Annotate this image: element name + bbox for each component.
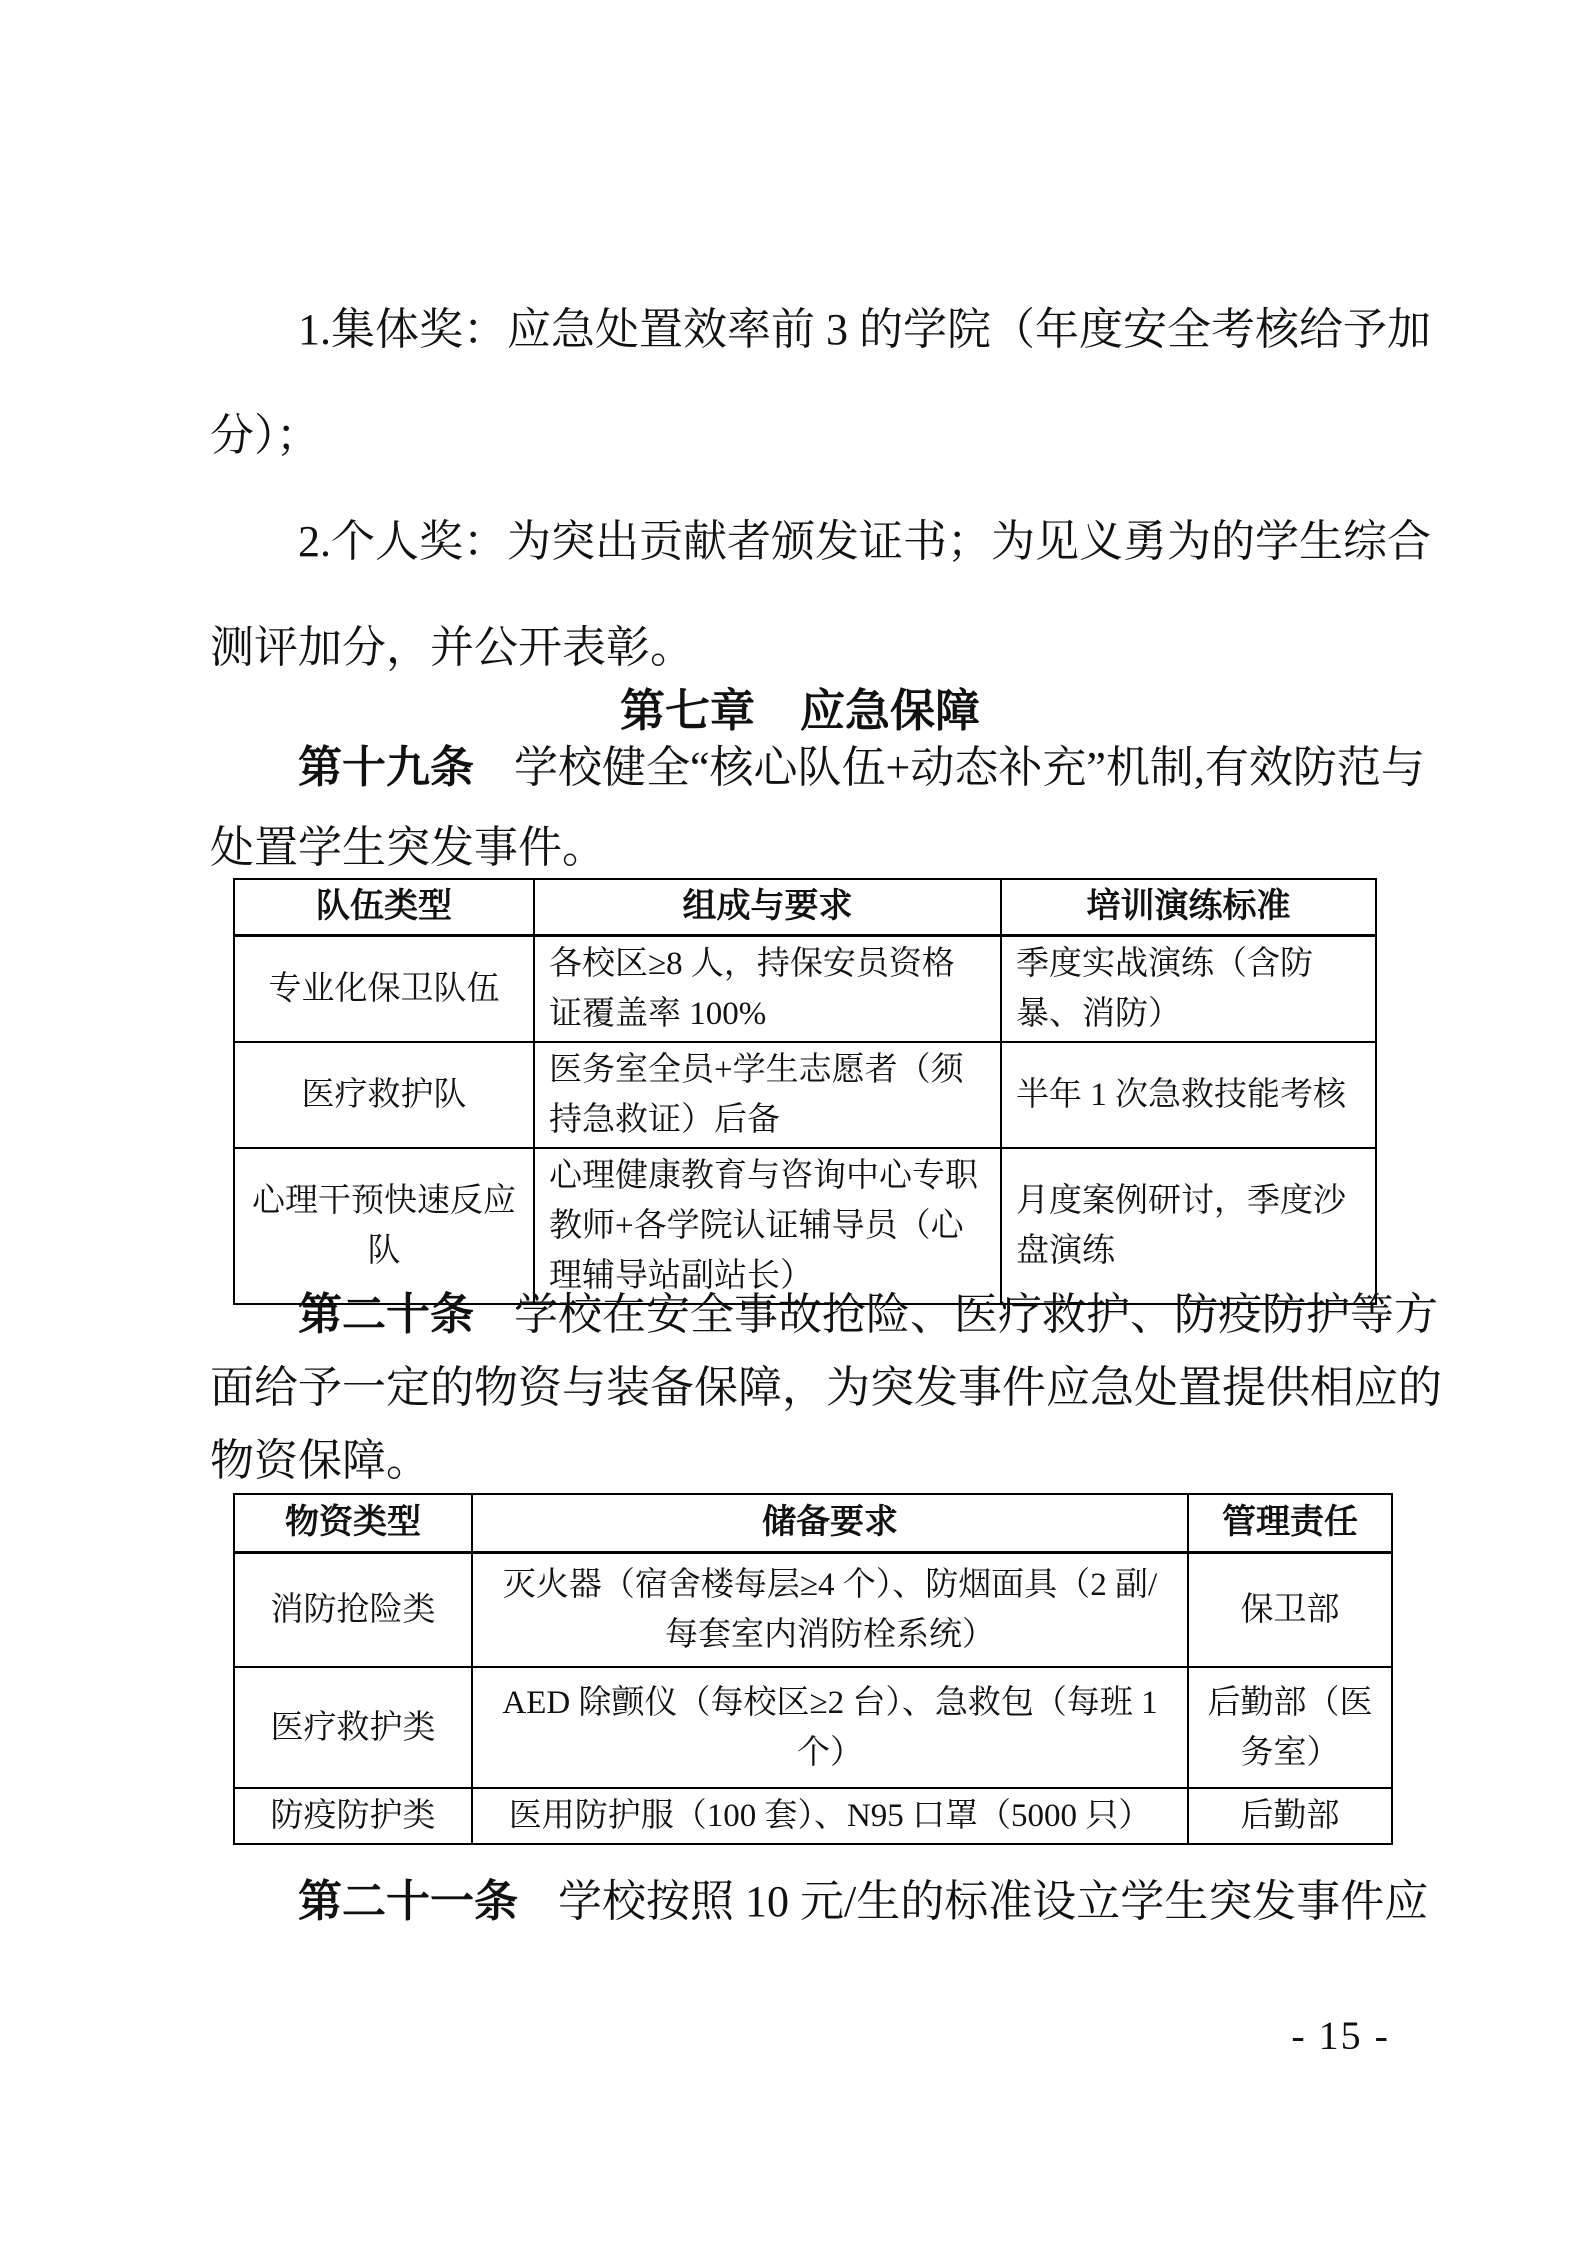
- supply-row-1-requirement: 灭火器（宿舍楼每层≥4 个）、防烟面具（2 副/每套室内消防栓系统）: [472, 1552, 1188, 1667]
- article-19-line-2: 处置学生突发事件。: [210, 808, 1450, 888]
- supply-table-header-type: 物资类型: [234, 1494, 472, 1552]
- table-row: 专业化保卫队伍 各校区≥8 人，持保安员资格证覆盖率 100% 季度实战演练（含…: [234, 936, 1376, 1043]
- article-21-paragraph: 第二十一条学校按照 10 元/生的标准设立学生突发事件应: [210, 1862, 1450, 1942]
- article-20-label: 第二十条: [298, 1290, 474, 1339]
- article-19-text-1: 学校健全“核心队伍+动态补充”机制,有效防范与: [514, 743, 1425, 792]
- supply-table-header-row: 物资类型 储备要求 管理责任: [234, 1494, 1392, 1552]
- article-19-paragraph: 第十九条学校健全“核心队伍+动态补充”机制,有效防范与 处置学生突发事件。: [210, 728, 1450, 888]
- team-table-header-type: 队伍类型: [234, 879, 534, 936]
- supply-row-1-type: 消防抢险类: [234, 1552, 472, 1667]
- team-row-1-training: 季度实战演练（含防暴、消防）: [1001, 936, 1376, 1043]
- article-20-line-1: 第二十条学校在安全事故抢险、医疗救护、防疫防护等方: [210, 1278, 1450, 1351]
- team-row-2-training: 半年 1 次急救技能考核: [1001, 1042, 1376, 1148]
- intro-item-1-line-1: 1.集体奖：应急处置效率前 3 的学院（年度安全考核给予加: [210, 277, 1450, 383]
- supply-row-2-type: 医疗救护类: [234, 1667, 472, 1788]
- team-row-2-composition: 医务室全员+学生志愿者（须持急救证）后备: [534, 1042, 1001, 1148]
- team-table-header-training: 培训演练标准: [1001, 879, 1376, 936]
- article-19-line-1: 第十九条学校健全“核心队伍+动态补充”机制,有效防范与: [210, 728, 1450, 808]
- table-row: 防疫防护类 医用防护服（100 套）、N95 口罩（5000 只） 后勤部: [234, 1788, 1392, 1844]
- intro-item-1: 1.集体奖：应急处置效率前 3 的学院（年度安全考核给予加 分）；: [210, 277, 1450, 489]
- supply-row-3-type: 防疫防护类: [234, 1788, 472, 1844]
- article-19-label: 第十九条: [298, 743, 474, 792]
- team-table-header-row: 队伍类型 组成与要求 培训演练标准: [234, 879, 1376, 936]
- article-20-text-1: 学校在安全事故抢险、医疗救护、防疫防护等方: [514, 1290, 1438, 1339]
- article-21-line-1: 第二十一条学校按照 10 元/生的标准设立学生突发事件应: [210, 1862, 1450, 1942]
- intro-item-1-line-2: 分）；: [210, 383, 1450, 489]
- table-row: 医疗救护队 医务室全员+学生志愿者（须持急救证）后备 半年 1 次急救技能考核: [234, 1042, 1376, 1148]
- intro-item-2-line-1: 2.个人奖：为突出贡献者颁发证书；为见义勇为的学生综合: [210, 489, 1450, 595]
- document-page: 1.集体奖：应急处置效率前 3 的学院（年度安全考核给予加 分）； 2.个人奖：…: [0, 0, 1587, 2245]
- supply-table: 物资类型 储备要求 管理责任 消防抢险类 灭火器（宿舍楼每层≥4 个）、防烟面具…: [233, 1493, 1393, 1845]
- supply-row-1-manager: 保卫部: [1188, 1552, 1392, 1667]
- page-number: - 15 -: [0, 2012, 1390, 2060]
- table-row: 消防抢险类 灭火器（宿舍楼每层≥4 个）、防烟面具（2 副/每套室内消防栓系统）…: [234, 1552, 1392, 1667]
- team-table: 队伍类型 组成与要求 培训演练标准 专业化保卫队伍 各校区≥8 人，持保安员资格…: [233, 878, 1377, 1305]
- article-20-line-2: 面给予一定的物资与装备保障，为突发事件应急处置提供相应的: [210, 1351, 1450, 1424]
- supply-table-header-manager: 管理责任: [1188, 1494, 1392, 1552]
- supply-row-2-requirement: AED 除颤仪（每校区≥2 台）、急救包（每班 1 个）: [472, 1667, 1188, 1788]
- team-row-2-type: 医疗救护队: [234, 1042, 534, 1148]
- team-table-header-composition: 组成与要求: [534, 879, 1001, 936]
- supply-row-3-requirement: 医用防护服（100 套）、N95 口罩（5000 只）: [472, 1788, 1188, 1844]
- supply-row-3-manager: 后勤部: [1188, 1788, 1392, 1844]
- team-row-1-composition: 各校区≥8 人，持保安员资格证覆盖率 100%: [534, 936, 1001, 1043]
- article-20-paragraph: 第二十条学校在安全事故抢险、医疗救护、防疫防护等方 面给予一定的物资与装备保障，…: [210, 1278, 1450, 1497]
- article-20-line-3: 物资保障。: [210, 1424, 1450, 1497]
- supply-row-2-manager: 后勤部（医务室）: [1188, 1667, 1392, 1788]
- table-row: 医疗救护类 AED 除颤仪（每校区≥2 台）、急救包（每班 1 个） 后勤部（医…: [234, 1667, 1392, 1788]
- article-21-text-1: 学校按照 10 元/生的标准设立学生突发事件应: [558, 1877, 1428, 1926]
- article-21-label: 第二十一条: [298, 1877, 518, 1926]
- team-row-1-type: 专业化保卫队伍: [234, 936, 534, 1043]
- supply-table-header-requirement: 储备要求: [472, 1494, 1188, 1552]
